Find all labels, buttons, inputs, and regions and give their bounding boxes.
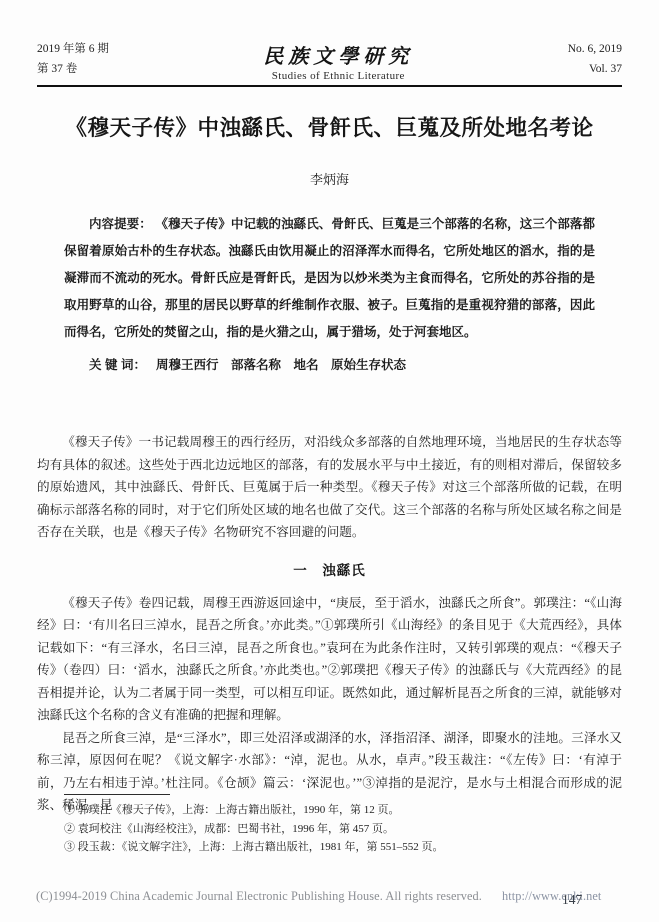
issue-number-en: No. 6, 2019	[568, 40, 622, 60]
journal-page: 2019 年第 6 期 第 37 卷 民族文學研究 Studies of Eth…	[0, 0, 659, 922]
keywords-block: 关 键 词：周穆王西行 部落名称 地名 原始生存状态	[64, 352, 595, 379]
section-1-paragraph-1: 《穆天子传》卷四记载，周穆王西游返回途中，“庚辰，至于滔水，浊繇氏之所食”。郭璞…	[37, 592, 622, 727]
journal-header: 2019 年第 6 期 第 37 卷 民族文學研究 Studies of Eth…	[37, 40, 622, 82]
footnote-divider	[64, 794, 170, 795]
abstract-label: 内容提要：	[89, 217, 152, 231]
cnki-footer: (C)1994-2019 China Academic Journal Elec…	[36, 889, 601, 904]
intro-paragraph: 《穆天子传》一书记载周穆王的西行经历，对沿线众多部落的自然地理环境，当地居民的生…	[37, 431, 622, 544]
footnote-3: ③ 段玉裁：《说文解字注》，上海：上海古籍出版社，1981 年，第 551–55…	[37, 838, 622, 857]
keywords-text: 周穆王西行 部落名称 地名 原始生存状态	[156, 358, 406, 372]
abstract-block: 内容提要：《穆天子传》中记载的浊繇氏、骨飦氏、巨蒐是三个部落的名称，这三个部落都…	[64, 211, 595, 346]
issue-info-zh: 2019 年第 6 期 第 37 卷	[37, 40, 109, 79]
footnote-1: ① 郭璞注《穆天子传》，上海：上海古籍出版社，1990 年，第 12 页。	[37, 801, 622, 820]
volume-number-zh: 第 37 卷	[37, 60, 109, 80]
issue-number-zh: 2019 年第 6 期	[37, 40, 109, 60]
footnotes-block: ① 郭璞注《穆天子传》，上海：上海古籍出版社，1990 年，第 12 页。 ② …	[37, 794, 622, 857]
journal-name-block: 民族文學研究 Studies of Ethnic Literature	[109, 40, 568, 82]
page-number: 147	[562, 892, 582, 908]
header-rule	[37, 85, 622, 87]
footnote-2: ② 袁珂校注《山海经校注》，成都：巴蜀书社，1996 年，第 457 页。	[37, 820, 622, 839]
article-title: 《穆天子传》中浊繇氏、骨飦氏、巨蒐及所处地名考论	[37, 111, 622, 142]
issue-info-en: No. 6, 2019 Vol. 37	[568, 40, 622, 79]
abstract-text: 《穆天子传》中记载的浊繇氏、骨飦氏、巨蒐是三个部落的名称，这三个部落都保留着原始…	[64, 217, 595, 339]
copyright-text: (C)1994-2019 China Academic Journal Elec…	[36, 889, 482, 903]
volume-number-en: Vol. 37	[568, 60, 622, 80]
keywords-label: 关 键 词：	[89, 358, 146, 372]
cnki-url: http://www.cnki.net	[502, 889, 601, 903]
journal-name-en: Studies of Ethnic Literature	[109, 70, 568, 82]
section-1-heading: 一 浊繇氏	[37, 559, 622, 579]
journal-name-zh: 民族文學研究	[109, 40, 568, 69]
article-author: 李炳海	[37, 169, 622, 188]
